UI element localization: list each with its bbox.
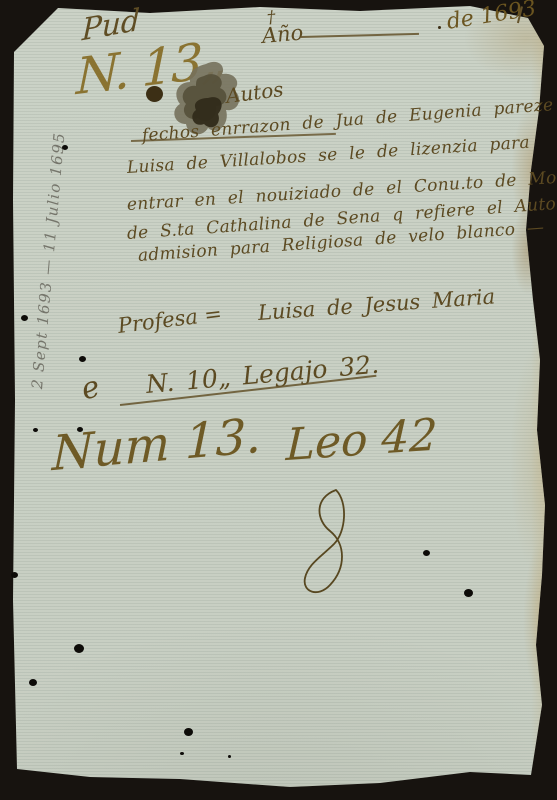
wormhole-dot bbox=[21, 315, 28, 321]
wormhole-dot bbox=[464, 589, 473, 597]
wormhole-dot bbox=[62, 145, 68, 150]
ink-drop bbox=[146, 86, 163, 102]
wormhole-dot bbox=[77, 427, 83, 432]
wormhole-dot bbox=[29, 679, 37, 686]
ano-label: Año bbox=[261, 22, 304, 47]
leg-large: Leo 42 bbox=[285, 413, 438, 468]
ink-speck bbox=[438, 26, 441, 29]
wormhole-dot bbox=[74, 644, 84, 653]
wormhole-dot bbox=[423, 550, 430, 556]
wormhole-dot bbox=[184, 728, 193, 736]
wormhole-dot bbox=[11, 572, 18, 578]
flourish-eight bbox=[290, 486, 360, 608]
wormhole-dot bbox=[33, 428, 38, 432]
wormhole-dot bbox=[180, 752, 184, 755]
wormhole-dot bbox=[79, 356, 86, 362]
manuscript-scan: Pud † Año de 1693 N. 13„ Autos fechos en… bbox=[0, 0, 557, 800]
wormhole-dot bbox=[228, 755, 231, 758]
autos-heading: Autos bbox=[225, 79, 285, 106]
